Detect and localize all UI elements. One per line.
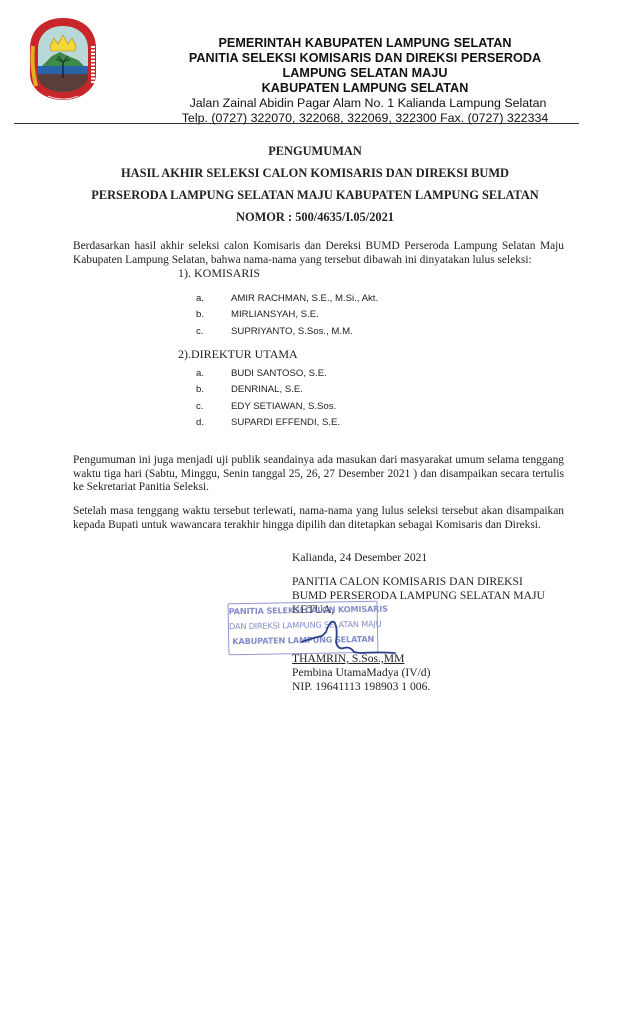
intro-paragraph: Berdasarkan hasil akhir seleksi calon Ko… [73,240,564,267]
komisaris-list: a. AMIR RACHMAN, S.E., M.Si., Akt. b. MI… [196,290,378,340]
handwritten-signature-icon [300,612,420,657]
list-item: b. MIRLIANSYAH, S.E. [196,307,378,324]
signatory-rank: Pembina UtamaMadya (IV/d) [292,666,430,680]
lampung-selatan-emblem-icon [28,16,98,102]
announcement-title: PENGUMUMAN HASIL AKHIR SELEKSI CALON KOM… [60,140,570,228]
list-item: a. BUDI SANTOSO, S.E. [196,365,340,382]
letterhead-line-3: LAMPUNG SELATAN MAJU [160,66,570,81]
list-item: c. SUPRIYANTO, S.Sos., M.M. [196,323,378,340]
list-item-letter: c. [196,401,231,412]
place-date: Kalianda, 24 Desember 2021 [292,551,427,565]
public-test-paragraph: Pengumuman ini juga menjadi uji publik s… [73,454,564,495]
list-item: d. SUPARDI EFFENDI, S.E. [196,415,340,432]
list-item-name: AMIR RACHMAN, S.E., M.Si., Akt. [231,293,378,304]
signatory-nip: NIP. 19641113 198903 1 006. [292,680,430,694]
letterhead-text: PEMERINTAH KABUPATEN LAMPUNG SELATAN PAN… [160,36,570,126]
title-number: NOMOR : 500/4635/I.05/2021 [60,206,570,228]
title-heading: PENGUMUMAN [60,140,570,162]
list-item-name: SUPRIYANTO, S.Sos., M.M. [231,326,353,337]
section-heading-komisaris: 1). KOMISARIS [178,266,260,281]
list-item: a. AMIR RACHMAN, S.E., M.Si., Akt. [196,290,378,307]
letterhead-line-1: PEMERINTAH KABUPATEN LAMPUNG SELATAN [160,36,570,51]
letterhead-line-2: PANITIA SELEKSI KOMISARIS DAN DIREKSI PE… [160,51,570,66]
signatory-details: THAMRIN, S.Sos.,MM Pembina UtamaMadya (I… [292,652,430,694]
list-item-letter: d. [196,417,231,428]
title-line-2: PERSERODA LAMPUNG SELATAN MAJU KABUPATEN… [60,184,570,206]
section-heading-direktur-utama: 2).DIREKTUR UTAMA [178,347,298,362]
list-item-name: SUPARDI EFFENDI, S.E. [231,417,340,428]
list-item-name: DENRINAL, S.E. [231,384,303,395]
list-item-letter: a. [196,293,231,304]
org-line-1: PANITIA CALON KOMISARIS DAN DIREKSI [292,575,545,589]
list-item-name: BUDI SANTOSO, S.E. [231,368,327,379]
letterhead: PEMERINTAH KABUPATEN LAMPUNG SELATAN PAN… [0,0,622,125]
list-item-letter: b. [196,384,231,395]
list-item: c. EDY SETIAWAN, S.Sos. [196,398,340,415]
list-item-letter: b. [196,309,231,320]
title-line-1: HASIL AKHIR SELEKSI CALON KOMISARIS DAN … [60,162,570,184]
signatory-name: THAMRIN, S.Sos.,MM [292,652,430,666]
direktur-list: a. BUDI SANTOSO, S.E. b. DENRINAL, S.E. … [196,365,340,431]
list-item-letter: c. [196,326,231,337]
list-item: b. DENRINAL, S.E. [196,382,340,399]
letterhead-divider [14,123,579,124]
list-item-letter: a. [196,368,231,379]
list-item-name: MIRLIANSYAH, S.E. [231,309,319,320]
next-steps-paragraph: Setelah masa tenggang waktu tersebut ter… [73,505,564,532]
letterhead-address: Jalan Zainal Abidin Pagar Alam No. 1 Kal… [160,96,570,111]
list-item-name: EDY SETIAWAN, S.Sos. [231,401,336,412]
letterhead-line-4: KABUPATEN LAMPUNG SELATAN [160,81,570,96]
